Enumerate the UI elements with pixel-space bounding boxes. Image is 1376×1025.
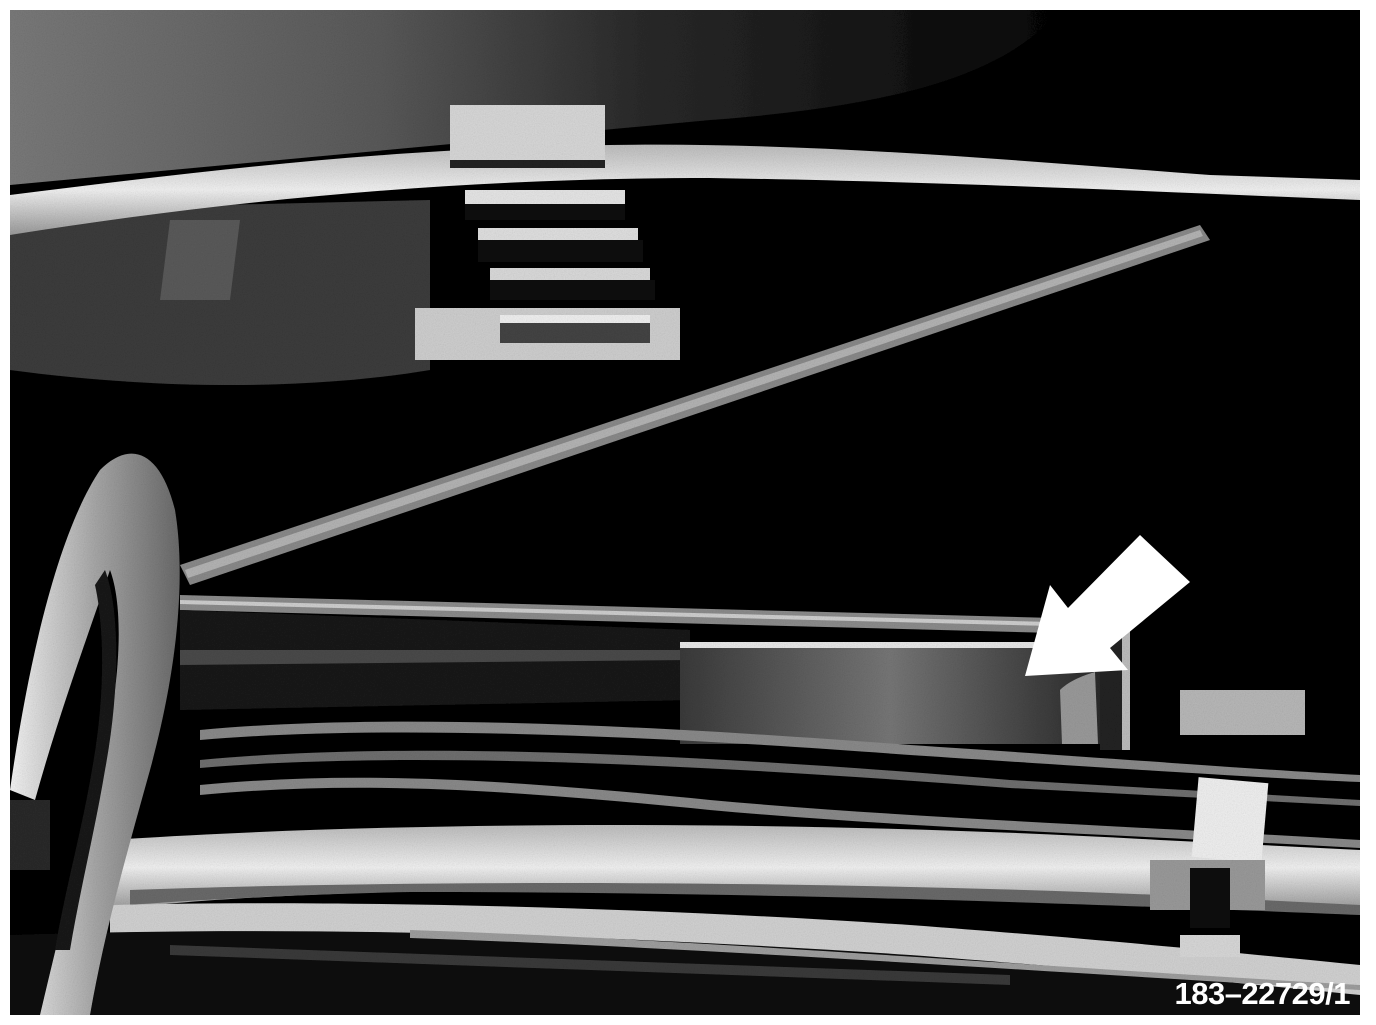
photo-illustration <box>10 10 1360 1015</box>
service-manual-photo: 183–22729/1 <box>10 10 1360 1015</box>
figure-number-label: 183–22729/1 <box>1172 976 1352 1011</box>
